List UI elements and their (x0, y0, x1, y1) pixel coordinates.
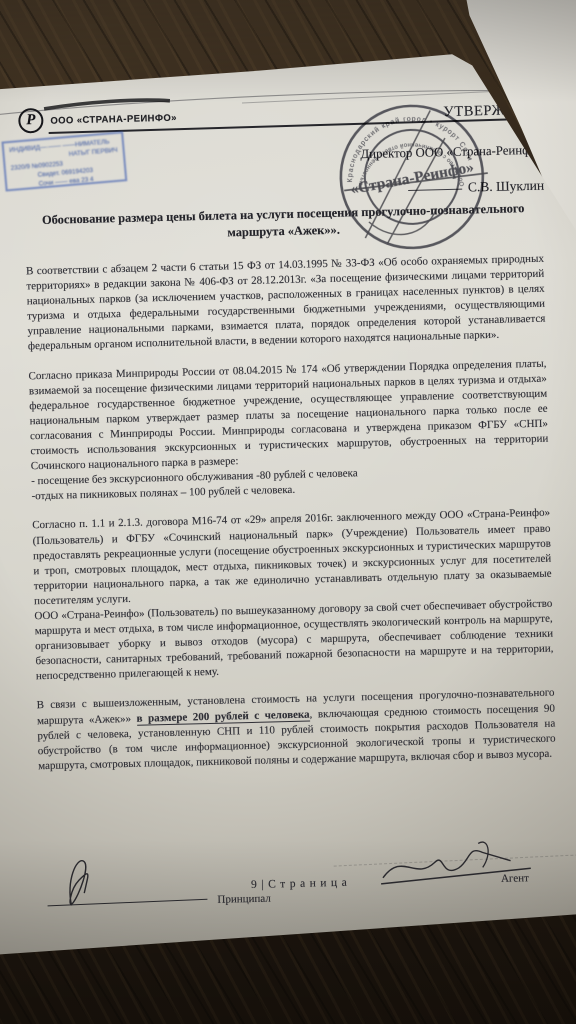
principal-label: Принципал (217, 893, 271, 906)
registration-stamp: ИНДИВИД—·—— ——НИМАТЕЛЬ НАТЬ/Г ПЕРВИЧ 232… (1, 131, 127, 191)
company-name: ООО «СТРАНА-РЕИНФО» (50, 113, 177, 127)
page-indicator: 9|Страница (251, 877, 351, 891)
document-paper: P ООО «СТРАНА-РЕИНФО» ИНДИВИД—·—— ——НИМА… (0, 0, 576, 1024)
company-logo-icon: P (18, 108, 44, 134)
paragraph-ministry-order: Согласно приказа Минприроды России от 08… (28, 356, 548, 474)
document-page: P ООО «СТРАНА-РЕИНФО» ИНДИВИД—·—— ——НИМА… (0, 0, 576, 1024)
price-emphasis: в размере 200 рублей с человека (136, 708, 309, 725)
agent-label: Агент (501, 872, 529, 885)
paragraph-contract: Согласно п. 1.1 и 2.1.3. договора М16-74… (32, 506, 552, 609)
paragraph-conclusion: В связи с вышеизложенным, установлена ст… (36, 686, 556, 774)
paragraph-user-obligations: ООО «Страна-Реинфо» (Пользователь) по вы… (34, 597, 554, 685)
document-footer: Принципал 9|Страница Агент (39, 852, 560, 925)
agent-signature (378, 836, 549, 894)
document-body: В соответствии с абзацем 2 части 6 стать… (26, 252, 557, 788)
paragraph-legal-basis: В соответствии с абзацем 2 части 6 стать… (26, 252, 546, 355)
